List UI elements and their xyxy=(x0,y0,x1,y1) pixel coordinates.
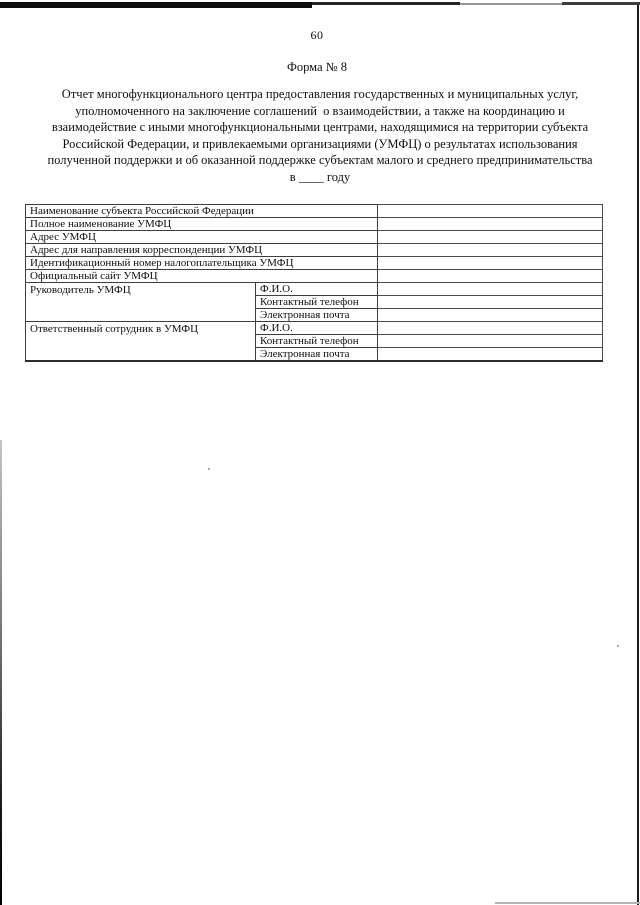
field-label: Ф.И.О. xyxy=(256,283,378,296)
group-row-label: Ответственный сотрудник в УМФЦ xyxy=(26,322,256,362)
value-cell xyxy=(378,218,603,231)
scan-artifact-left-edge xyxy=(0,440,2,905)
scan-noise-dot xyxy=(208,468,210,470)
form-title-line: Отчет многофункционального центра предос… xyxy=(20,86,620,103)
form-title: Отчет многофункционального центра предос… xyxy=(20,86,620,185)
value-cell xyxy=(378,283,603,296)
field-label: Контактный телефон xyxy=(256,296,378,309)
value-cell xyxy=(378,335,603,348)
document-page: 60 Форма № 8 Отчет многофункционального … xyxy=(0,0,640,905)
scan-artifact-right-edge xyxy=(637,5,639,905)
field-label: Контактный телефон xyxy=(256,335,378,348)
table-row: Идентификационный номер налогоплательщик… xyxy=(26,257,603,270)
form-title-line: в ____ году xyxy=(20,169,620,186)
field-label: Электронная почта xyxy=(256,348,378,362)
value-cell xyxy=(378,244,603,257)
value-cell xyxy=(378,309,603,322)
form-number-label: Форма № 8 xyxy=(0,60,634,75)
value-cell xyxy=(378,270,603,283)
value-cell xyxy=(378,205,603,218)
table-row: Руководитель УМФЦ Ф.И.О. xyxy=(26,283,603,296)
table-row: Официальный сайт УМФЦ xyxy=(26,270,603,283)
scan-bar-segment xyxy=(312,2,460,5)
table-row: Адрес УМФЦ xyxy=(26,231,603,244)
scan-noise-dot xyxy=(617,645,619,647)
table-row: Адрес для направления корреспонденции УМ… xyxy=(26,244,603,257)
form-title-line: полученной поддержки и об оказанной подд… xyxy=(20,152,620,169)
form-title-line: Российской Федерации, и привлекаемыми ор… xyxy=(20,136,620,153)
scan-artifact-top-bar xyxy=(0,0,640,10)
field-label: Электронная почта xyxy=(256,309,378,322)
row-label: Официальный сайт УМФЦ xyxy=(26,270,378,283)
row-label: Идентификационный номер налогоплательщик… xyxy=(26,257,378,270)
row-label: Наименование субъекта Российской Федерац… xyxy=(26,205,378,218)
form-title-line: взаимодействие с иными многофункциональн… xyxy=(20,119,620,136)
table-row: Ответственный сотрудник в УМФЦ Ф.И.О. xyxy=(26,322,603,335)
value-cell xyxy=(378,257,603,270)
row-label: Адрес для направления корреспонденции УМ… xyxy=(26,244,378,257)
scan-bar-segment xyxy=(0,2,312,8)
page-number: 60 xyxy=(0,28,634,43)
value-cell xyxy=(378,348,603,362)
value-cell xyxy=(378,322,603,335)
row-label: Полное наименование УМФЦ xyxy=(26,218,378,231)
table-row: Полное наименование УМФЦ xyxy=(26,218,603,231)
form-title-line: уполномоченного на заключение соглашений… xyxy=(20,103,620,120)
table-row: Наименование субъекта Российской Федерац… xyxy=(26,205,603,218)
value-cell xyxy=(378,231,603,244)
value-cell xyxy=(378,296,603,309)
form-table: Наименование субъекта Российской Федерац… xyxy=(25,204,603,362)
scan-artifact-bottom-line xyxy=(495,902,640,904)
group-row-label: Руководитель УМФЦ xyxy=(26,283,256,322)
row-label: Адрес УМФЦ xyxy=(26,231,378,244)
scan-bar-segment xyxy=(460,3,562,5)
scan-bar-segment xyxy=(562,2,640,5)
field-label: Ф.И.О. xyxy=(256,322,378,335)
